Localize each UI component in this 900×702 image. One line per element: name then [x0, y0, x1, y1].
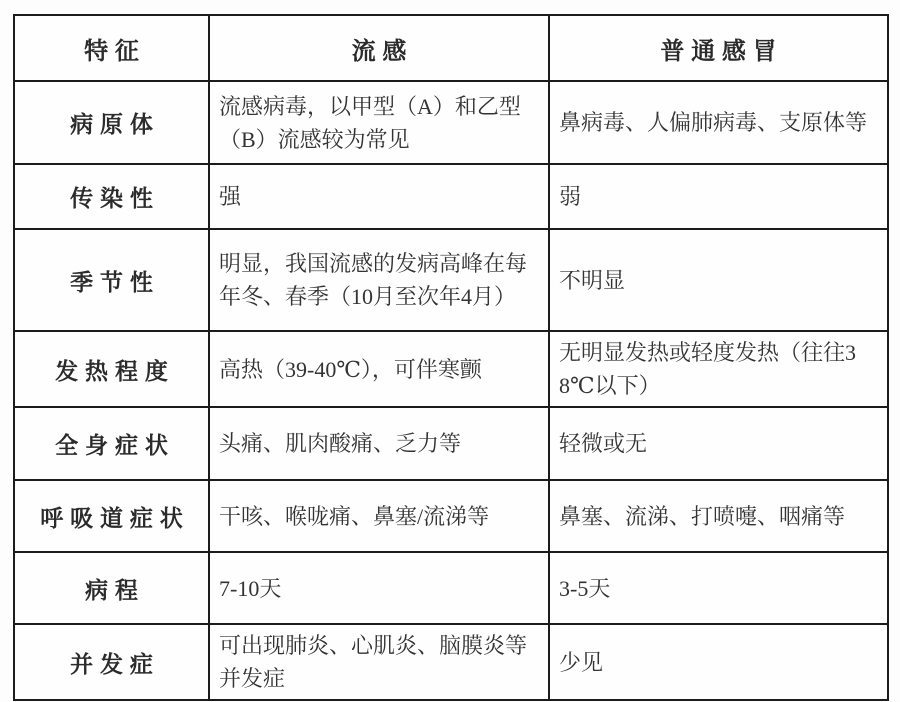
column-header-common-cold: 普通感冒	[549, 15, 888, 81]
header-row: 特征 流感 普通感冒	[14, 15, 888, 81]
flu-value-cell: 高热（39-40℃），可伴寒颤	[209, 331, 549, 407]
common-cold-value-cell: 无明显发热或轻度发热（往往38℃以下）	[549, 331, 888, 407]
feature-cell: 病程	[14, 552, 209, 624]
flu-value-cell: 明显，我国流感的发病高峰在每年冬、春季（10月至次年4月）	[209, 229, 549, 331]
column-header-feature: 特征	[14, 15, 209, 81]
flu-vs-cold-comparison-table: 特征 流感 普通感冒 病原体 流感病毒，以甲型（A）和乙型（B）流感较为常见 鼻…	[13, 14, 889, 701]
common-cold-value-cell: 不明显	[549, 229, 888, 331]
flu-value-cell: 干咳、喉咙痛、鼻塞/流涕等	[209, 480, 549, 552]
flu-value-cell: 流感病毒，以甲型（A）和乙型（B）流感较为常见	[209, 81, 549, 164]
flu-value-cell: 强	[209, 164, 549, 229]
feature-cell: 季节性	[14, 229, 209, 331]
common-cold-value-cell: 鼻病毒、人偏肺病毒、支原体等	[549, 81, 888, 164]
table-row: 病原体 流感病毒，以甲型（A）和乙型（B）流感较为常见 鼻病毒、人偏肺病毒、支原…	[14, 81, 888, 164]
table-row: 病程 7-10天 3-5天	[14, 552, 888, 624]
feature-cell: 全身症状	[14, 407, 209, 480]
table-row: 并发症 可出现肺炎、心肌炎、脑膜炎等并发症 少见	[14, 624, 888, 700]
common-cold-value-cell: 少见	[549, 624, 888, 700]
page: 特征 流感 普通感冒 病原体 流感病毒，以甲型（A）和乙型（B）流感较为常见 鼻…	[0, 0, 900, 702]
table-row: 季节性 明显，我国流感的发病高峰在每年冬、春季（10月至次年4月） 不明显	[14, 229, 888, 331]
feature-cell: 病原体	[14, 81, 209, 164]
flu-value-cell: 可出现肺炎、心肌炎、脑膜炎等并发症	[209, 624, 549, 700]
common-cold-value-cell: 弱	[549, 164, 888, 229]
table-row: 呼吸道症状 干咳、喉咙痛、鼻塞/流涕等 鼻塞、流涕、打喷嚏、咽痛等	[14, 480, 888, 552]
common-cold-value-cell: 鼻塞、流涕、打喷嚏、咽痛等	[549, 480, 888, 552]
feature-cell: 呼吸道症状	[14, 480, 209, 552]
table-body: 病原体 流感病毒，以甲型（A）和乙型（B）流感较为常见 鼻病毒、人偏肺病毒、支原…	[14, 81, 888, 700]
common-cold-value-cell: 3-5天	[549, 552, 888, 624]
column-header-flu: 流感	[209, 15, 549, 81]
table-row: 传染性 强 弱	[14, 164, 888, 229]
flu-value-cell: 7-10天	[209, 552, 549, 624]
feature-cell: 发热程度	[14, 331, 209, 407]
common-cold-value-cell: 轻微或无	[549, 407, 888, 480]
table-row: 发热程度 高热（39-40℃），可伴寒颤 无明显发热或轻度发热（往往38℃以下）	[14, 331, 888, 407]
flu-value-cell: 头痛、肌肉酸痛、乏力等	[209, 407, 549, 480]
feature-cell: 并发症	[14, 624, 209, 700]
table-row: 全身症状 头痛、肌肉酸痛、乏力等 轻微或无	[14, 407, 888, 480]
feature-cell: 传染性	[14, 164, 209, 229]
